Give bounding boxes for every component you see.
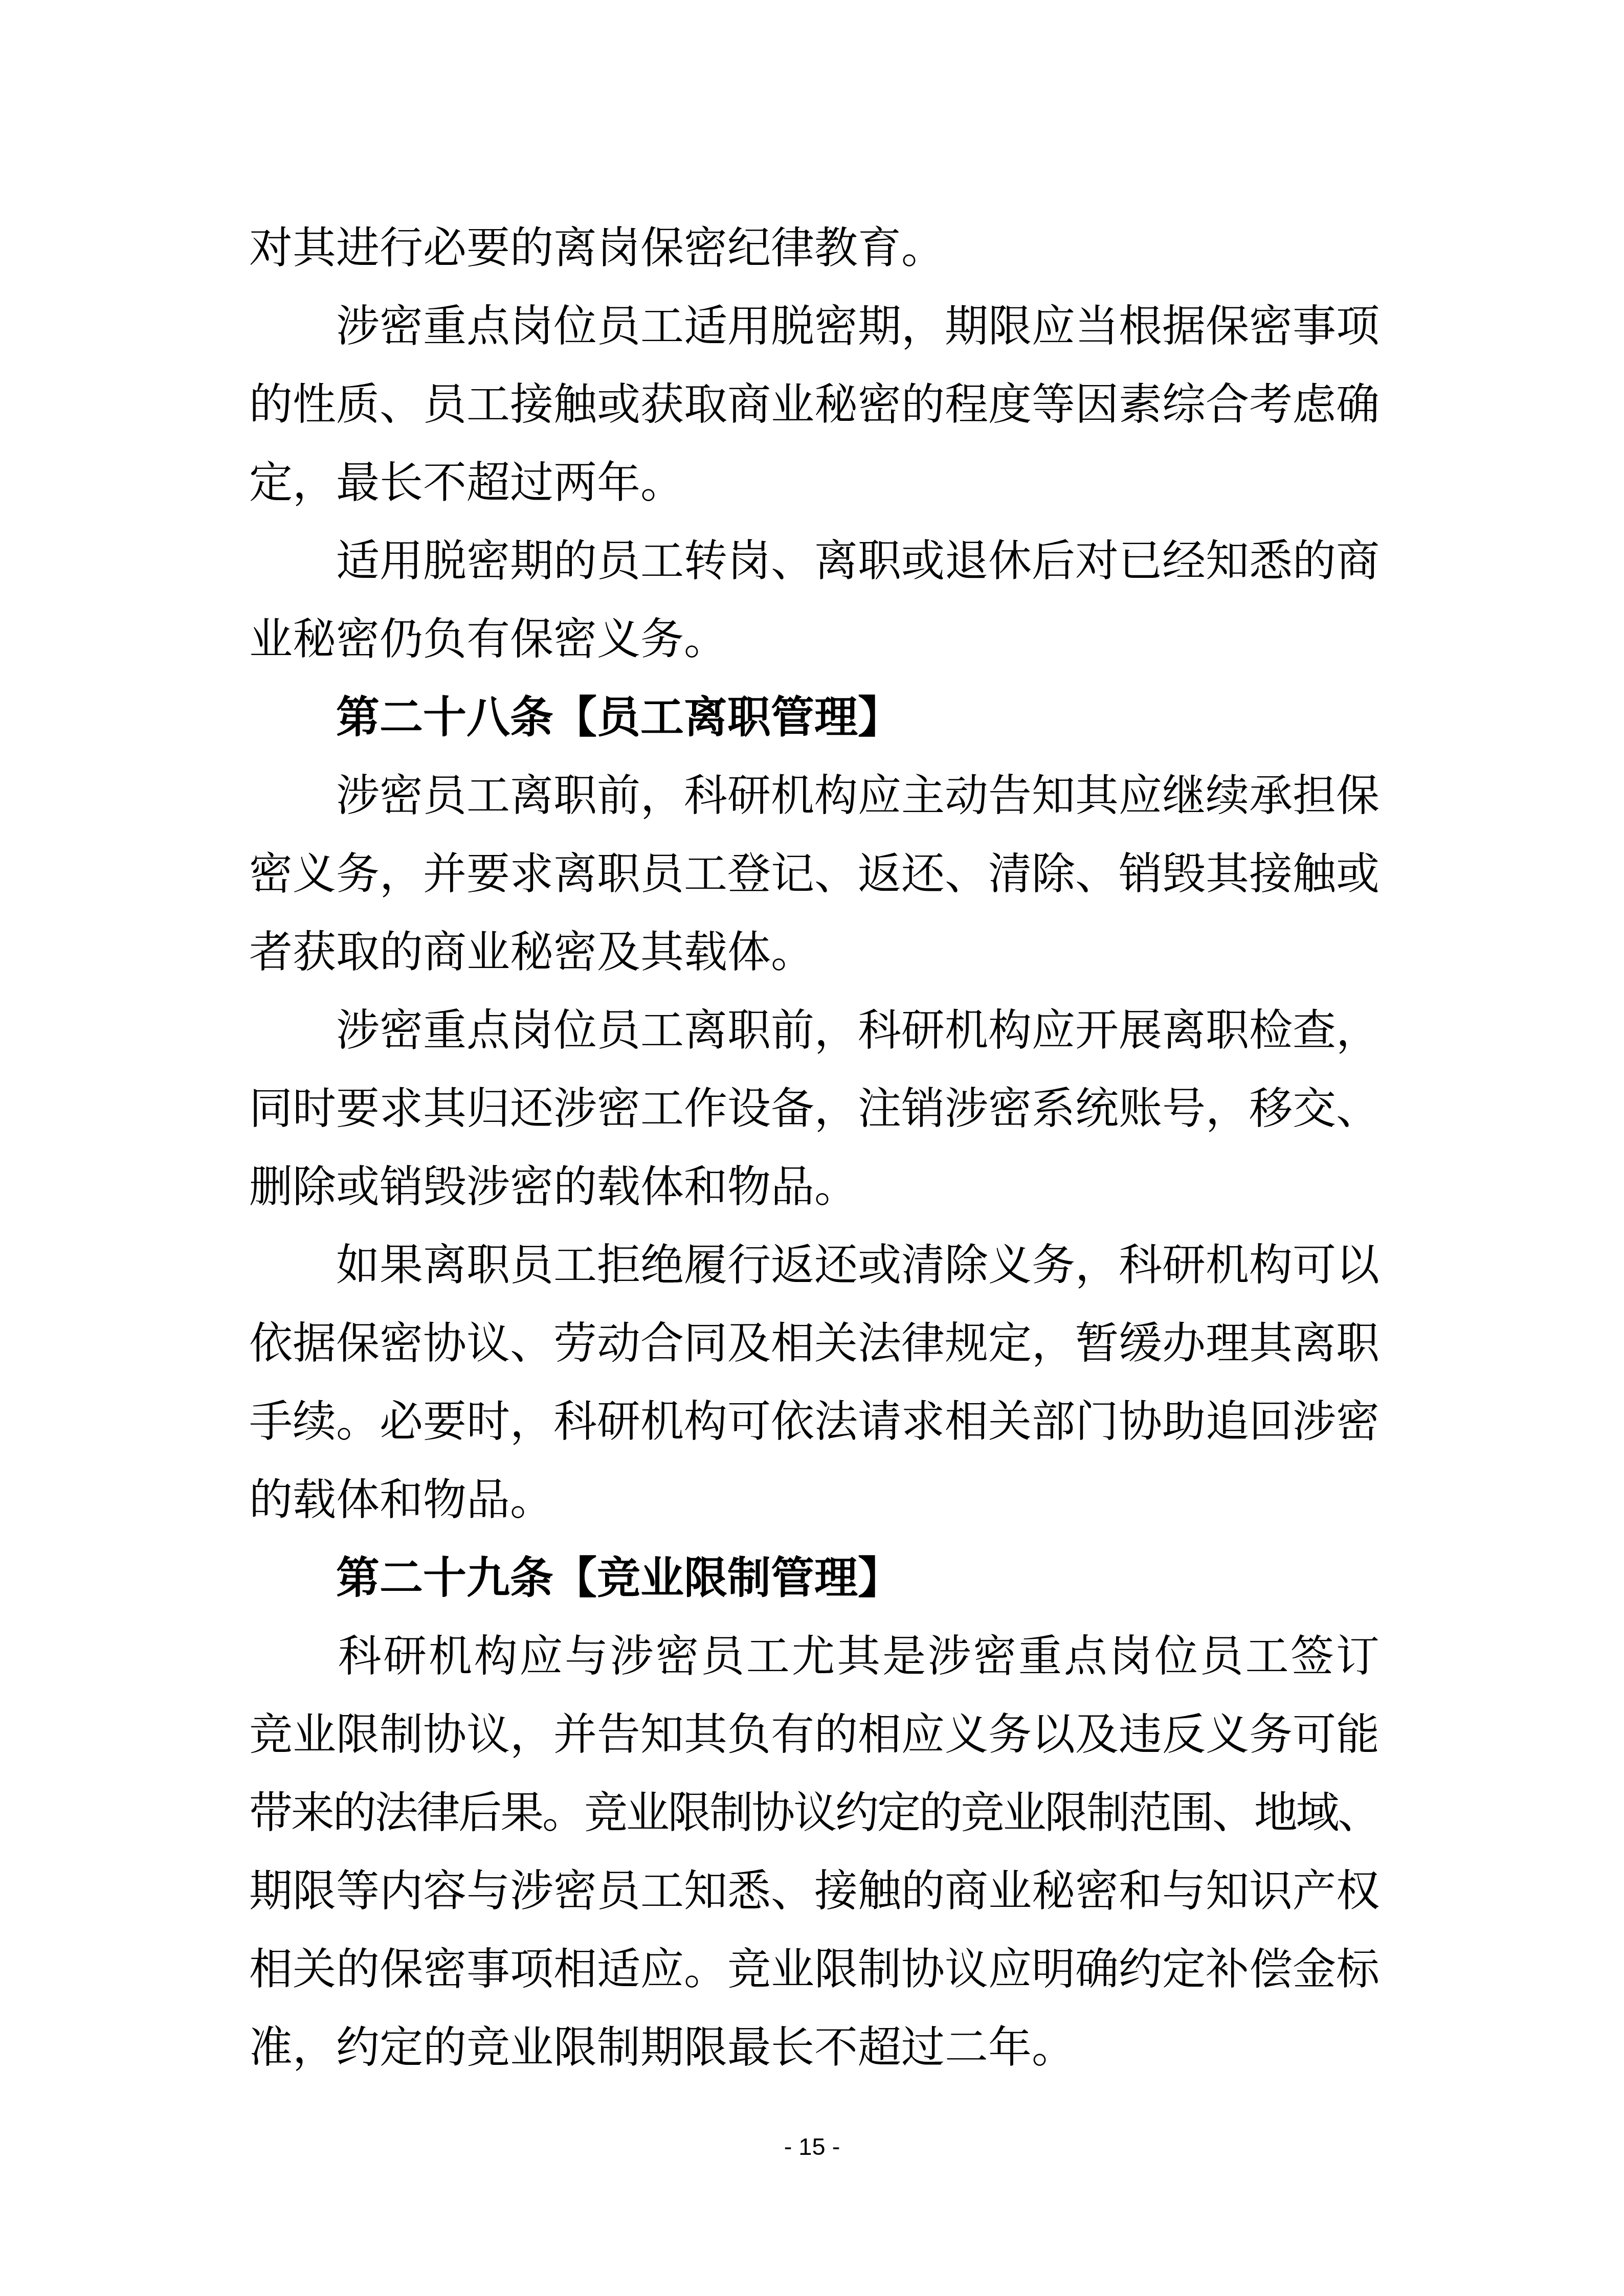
article-heading-line: 第二十九条【竞业限制管理】 bbox=[249, 1540, 1380, 1618]
text-line: 的性质、员工接触或获取商业秘密的程度等因素综合考虑确 bbox=[249, 366, 1380, 444]
text-line: 的载体和物品。 bbox=[249, 1461, 1380, 1540]
text-line: 业秘密仍负有保密义务。 bbox=[249, 601, 1380, 679]
text-line: 准，约定的竞业限制期限最长不超过二年。 bbox=[249, 2009, 1380, 2087]
document-page: 对其进行必要的离岗保密纪律教育。涉密重点岗位员工适用脱密期，期限应当根据保密事项… bbox=[0, 0, 1624, 2296]
text-line: 适用脱密期的员工转岗、离职或退休后对已经知悉的商 bbox=[249, 523, 1380, 601]
text-line: 者获取的商业秘密及其载体。 bbox=[249, 914, 1380, 992]
text-line: 相关的保密事项相适应。竞业限制协议应明确约定补偿金标 bbox=[249, 1931, 1380, 2009]
text-line: 对其进行必要的离岗保密纪律教育。 bbox=[249, 210, 1380, 288]
text-line: 定，最长不超过两年。 bbox=[249, 444, 1380, 523]
text-line: 科研机构应与涉密员工尤其是涉密重点岗位员工签订 bbox=[249, 1618, 1380, 1696]
text-line: 同时要求其归还涉密工作设备，注销涉密系统账号，移交、 bbox=[249, 1070, 1380, 1149]
text-line: 删除或销毁涉密的载体和物品。 bbox=[249, 1149, 1380, 1227]
page-number: - 15 - bbox=[0, 2127, 1624, 2166]
paragraph-indent bbox=[249, 757, 336, 836]
text-line: 涉密重点岗位员工离职前，科研机构应开展离职检查， bbox=[249, 992, 1380, 1070]
paragraph-indent bbox=[249, 288, 336, 366]
text-line: 带来的法律后果。竞业限制协议约定的竞业限制范围、地域、 bbox=[249, 1774, 1380, 1853]
paragraph-indent bbox=[249, 992, 336, 1070]
text-line: 涉密员工离职前，科研机构应主动告知其应继续承担保 bbox=[249, 757, 1380, 836]
text-line: 涉密重点岗位员工适用脱密期，期限应当根据保密事项 bbox=[249, 288, 1380, 366]
text-line: 密义务，并要求离职员工登记、返还、清除、销毁其接触或 bbox=[249, 836, 1380, 914]
paragraph-indent bbox=[249, 523, 336, 601]
text-line: 期限等内容与涉密员工知悉、接触的商业秘密和与知识产权 bbox=[249, 1853, 1380, 1931]
paragraph-indent bbox=[249, 1618, 336, 1696]
paragraph-indent bbox=[249, 1227, 336, 1305]
text-line: 手续。必要时，科研机构可依法请求相关部门协助追回涉密 bbox=[249, 1383, 1380, 1461]
text-line: 依据保密协议、劳动合同及相关法律规定，暂缓办理其离职 bbox=[249, 1305, 1380, 1383]
text-line: 如果离职员工拒绝履行返还或清除义务，科研机构可以 bbox=[249, 1227, 1380, 1305]
text-line: 竞业限制协议，并告知其负有的相应义务以及违反义务可能 bbox=[249, 1696, 1380, 1774]
article-heading-line: 第二十八条【员工离职管理】 bbox=[249, 679, 1380, 757]
body-text: 对其进行必要的离岗保密纪律教育。涉密重点岗位员工适用脱密期，期限应当根据保密事项… bbox=[249, 210, 1380, 2087]
